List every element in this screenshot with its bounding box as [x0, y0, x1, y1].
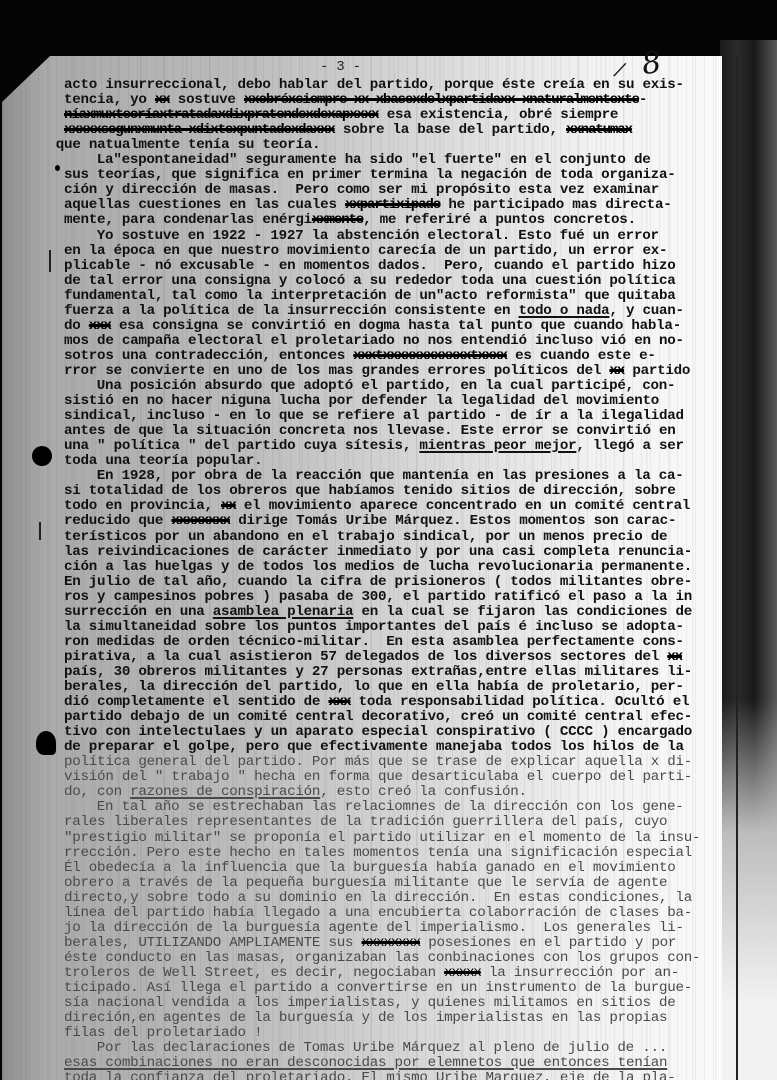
text-line: direción,en agentes de la burguesía y de…	[64, 1011, 667, 1026]
text-run: En julio de tal año, cuando la cifra de …	[64, 574, 692, 590]
struck-text: xxxtxxxxxxxxxxxxtxxxx	[353, 348, 507, 364]
text-run: ción y dirección de masas. Pero como ser…	[64, 182, 659, 198]
text-line: éste conducto en las masas, organizaban …	[64, 951, 700, 966]
text-run: mos de campaña electoral el proletariado…	[64, 333, 684, 349]
text-run: sistió en no hacer niguna lucha por defe…	[64, 393, 659, 409]
text-line: la simultaneidad sobre los puntos import…	[64, 620, 684, 635]
text-line: rales liberales representantes de la tra…	[64, 815, 667, 830]
text-line: fuerza a la política de la insurrección …	[64, 304, 684, 319]
text-line: "prestigio militar" se proponía el parti…	[64, 831, 700, 846]
text-line: antes de que la situación concreta nos l…	[64, 424, 676, 439]
struck-text: xxmente	[312, 212, 363, 228]
text-run: en la época en que nuestro movimiento ca…	[64, 243, 667, 259]
text-run: dió completamente el sentido de	[64, 694, 328, 710]
text-line: xxxxxsegunxmunta xdixtexpuntadexdaxxx so…	[64, 123, 632, 138]
text-line: acto insurreccional, debo hablar del par…	[64, 78, 684, 93]
text-line: tivo con intelectulaes y un aparato espe…	[64, 725, 692, 740]
text-run: , y cuan-	[609, 303, 683, 319]
struck-text: xxnatumax	[566, 122, 632, 138]
struck-text: xxxxxxxx	[362, 935, 421, 951]
struck-text: xxx	[89, 318, 111, 334]
text-run: ron medidas de orden técnico-militar. En…	[64, 634, 684, 650]
text-run: toda responsabilidad política. Ocultó el	[350, 694, 689, 710]
text-run: una " política " del partido cuya sítesi…	[64, 438, 419, 454]
text-line: las reivindicaciones de carácter inmedia…	[64, 545, 692, 560]
text-run: ticipado. Así llega el partido a convert…	[64, 980, 692, 996]
text-line: terísticos por un abandono en el trabajo…	[64, 530, 667, 545]
struck-text: xx	[155, 92, 170, 108]
text-run: jo la dirección de la burguesía agente d…	[64, 920, 684, 936]
ink-blot	[32, 446, 52, 466]
text-run: antes de que la situación concreta nos l…	[64, 423, 676, 439]
text-line: ción y dirección de masas. Pero como ser…	[64, 183, 659, 198]
text-run: sus teorías, que significa en primer ter…	[64, 167, 676, 183]
text-run: La"espontaneidad" seguramente ha sido "e…	[97, 152, 651, 168]
text-line: toda una teoría popular.	[64, 454, 262, 469]
struck-text: níaxmuxteoríaxtratadaxdixpratendexdexapx…	[64, 107, 379, 123]
text-run: ción a las huelgas y de todos los medios…	[64, 559, 692, 575]
text-line: de preparar el golpe, pero que efectivam…	[64, 740, 684, 755]
text-run: país, 30 obreros militantes y 27 persona…	[64, 664, 692, 680]
text-line: berales, la dirección del partido, lo qu…	[64, 680, 684, 695]
text-run: En tal año se estrechaban las relaciomne…	[97, 799, 684, 815]
text-line: que natualmente tenía su teoría.	[56, 138, 320, 153]
text-line: En julio de tal año, cuando la cifra de …	[64, 575, 692, 590]
text-run: pirativa, a la cual asistieron 57 delega…	[64, 649, 667, 665]
text-run: berales, la dirección del partido, lo qu…	[64, 679, 684, 695]
text-run: Una posición absurdo que adoptó el parti…	[97, 378, 675, 394]
underlined-text: mientras peor mejor	[419, 438, 576, 454]
text-line: sus teorías, que significa en primer ter…	[64, 168, 676, 183]
text-line: sistió en no hacer niguna lucha por defe…	[64, 394, 659, 409]
text-run: sindical, incluso - en lo que se refiere…	[64, 408, 684, 424]
text-run: ros y campesinos pobres ) pasaba de 300,…	[64, 589, 692, 605]
text-line: sía nacional vendida a los imperialistas…	[64, 996, 676, 1011]
text-line: ción a las huelgas y de todos los medios…	[64, 560, 692, 575]
text-line: si totalidad de los obreros que habíamos…	[64, 484, 676, 499]
text-line: do xxx esa consigna se convirtió en dogm…	[64, 319, 681, 334]
text-line: ron medidas de orden técnico-militar. En…	[64, 635, 684, 650]
struck-text: xxobréxsiempre xx xbasexdelxpartidaxx xn…	[244, 92, 639, 108]
text-line: troleros de Well Street, es decir, negoc…	[64, 966, 679, 981]
text-run: todo en provincia,	[64, 498, 221, 514]
text-run: directo,y sobre todo a su dominio en la …	[64, 890, 692, 906]
text-line: Una posición absurdo que adoptó el parti…	[97, 379, 675, 394]
text-run: , me referiré a puntos concretos.	[363, 212, 636, 228]
text-line: directo,y sobre todo a su dominio en la …	[64, 891, 692, 906]
text-line: todo en provincia, xx el movimiento apar…	[64, 499, 690, 514]
struck-text: xx	[609, 363, 624, 379]
ink-blot	[36, 731, 56, 755]
text-run: berales, UTILIZANDO AMPLIAMENTE sus	[64, 935, 362, 951]
text-run: la insurrección por an-	[481, 965, 679, 981]
text-line: jo la dirección de la burguesía agente d…	[64, 921, 684, 936]
text-run: posesiones en el partido y por	[420, 935, 676, 951]
text-run: la simultaneidad sobre los puntos import…	[64, 619, 684, 635]
text-run: de preparar el golpe, pero que efectivam…	[64, 739, 684, 755]
text-line: ros y campesinos pobres ) pasaba de 300,…	[64, 590, 692, 605]
text-line: reducido que xxxxxxxx dirige Tomás Uribe…	[64, 514, 676, 529]
text-run: plicable - nó excusable - en momentos da…	[64, 258, 676, 274]
text-run: fundamental, tal como la interpretación …	[64, 288, 676, 304]
text-run: do, con	[64, 784, 130, 800]
text-run: aquellas cuestiones en las cuales	[64, 197, 345, 213]
text-run: sotros una contradección, entonces	[64, 348, 353, 364]
text-line: de tal error una consigna y colocó a su …	[64, 274, 676, 289]
text-line: fundamental, tal como la interpretación …	[64, 289, 676, 304]
text-run: en la cual se fijaron las condiciones de	[353, 604, 692, 620]
underlined-text: esas combinaciones no eran desconocidas …	[64, 1055, 667, 1071]
text-run: acto insurreccional, debo hablar del par…	[64, 77, 684, 93]
text-run: -	[639, 92, 647, 108]
text-line: tencia, yo xx sostuve xxobréxsiempre xx …	[64, 93, 647, 108]
text-run: surrección en una	[64, 604, 213, 620]
underlined-text: razones de conspiración	[130, 784, 320, 800]
text-run: rrección. Pero este hecho en tales momen…	[64, 845, 692, 861]
text-run: sostuve	[170, 92, 244, 108]
text-run: direción,en agentes de la burguesía y de…	[64, 1010, 667, 1026]
text-run: rales liberales representantes de la tra…	[64, 814, 667, 830]
text-run: fuerza a la política de la insurrección …	[64, 303, 519, 319]
text-line: En 1928, por obra de la reacción que man…	[97, 469, 684, 484]
underlined-text: todo o nada	[519, 303, 610, 319]
text-run: el movimiento aparece concentrado en un …	[236, 498, 691, 514]
text-run: tivo con intelectulaes y un aparato espe…	[64, 724, 692, 740]
text-run: esa consigna se convirtió en dogma hasta…	[111, 318, 681, 334]
text-run: partido debajo de un comité central deco…	[64, 709, 692, 725]
text-run: es cuando este e-	[507, 348, 656, 364]
text-run: reducido que	[64, 513, 171, 529]
text-run: troleros de Well Street, es decir, negoc…	[64, 965, 444, 981]
text-line: dió completamente el sentido de xxx toda…	[64, 695, 689, 710]
text-run: visión del " trabajo " hecha en forma qu…	[64, 769, 692, 785]
text-line: aquellas cuestiones en las cuales xxpart…	[64, 198, 671, 213]
text-line: rror se convierte en uno de los mas gran…	[64, 364, 690, 379]
text-run: , esto creó la confusión.	[320, 784, 527, 800]
underlined-text: toda la confianza del proletariado	[64, 1070, 345, 1080]
text-line: en la época en que nuestro movimiento ca…	[64, 244, 667, 259]
struck-text: xxxxxxxx	[171, 513, 230, 529]
text-line: rrección. Pero este hecho en tales momen…	[64, 846, 692, 861]
text-line: mente, para condenarlas enérgixxmente, m…	[64, 213, 636, 228]
margin-mark	[49, 250, 51, 272]
typewritten-page: - 3 - acto insurreccional, debo hablar d…	[2, 56, 722, 1080]
struck-text: xxxxxsegunxmunta xdixtexpuntadexdaxxx	[64, 122, 335, 138]
text-run: "prestigio militar" se proponía el parti…	[64, 830, 700, 846]
text-line: país, 30 obreros militantes y 27 persona…	[64, 665, 692, 680]
text-line: pirativa, a la cual asistieron 57 delega…	[64, 650, 682, 665]
text-run: sobre la base del partido,	[335, 122, 566, 138]
text-run: do	[64, 318, 89, 334]
underlined-text: asamblea plenaria	[213, 604, 354, 620]
text-run: . El mismo Uribe Marquez, eje de la pla-	[345, 1070, 676, 1080]
text-run: línea del partido había llegado a una en…	[64, 905, 692, 921]
text-line: visión del " trabajo " hecha en forma qu…	[64, 770, 692, 785]
text-run: rror se convierte en uno de los mas gran…	[64, 363, 609, 379]
text-run: , llegó a ser	[576, 438, 683, 454]
struck-text: xx	[221, 498, 236, 514]
text-run: dirige Tomás Uribe Márquez. Estos moment…	[230, 513, 676, 529]
text-run: de tal error una consigna y colocó a su …	[64, 273, 676, 289]
text-line: Yo sostuve en 1922 - 1927 la abstención …	[97, 229, 659, 244]
text-line: sindical, incluso - en lo que se refiere…	[64, 409, 684, 424]
text-run: Por las declaraciones de Tomas Uribe Már…	[97, 1040, 667, 1056]
struck-text: xxpartixipado	[345, 197, 440, 213]
text-line: plicable - nó excusable - en momentos da…	[64, 259, 676, 274]
text-run: En 1928, por obra de la reacción que man…	[97, 468, 684, 484]
text-run: Yo sostuve en 1922 - 1927 la abstención …	[97, 228, 659, 244]
text-line: política general del partido. Por más qu…	[64, 755, 692, 770]
text-line: do, con razones de conspiración, esto cr…	[64, 785, 527, 800]
text-line: ticipado. Así llega el partido a convert…	[64, 981, 692, 996]
struck-text: xx	[667, 649, 682, 665]
margin-mark	[39, 522, 41, 540]
page-number: - 3 -	[320, 60, 361, 75]
text-line: una " política " del partido cuya sítesi…	[64, 439, 684, 454]
text-run: esa existencia, obré siempre	[379, 107, 619, 123]
text-line: mos de campaña electoral el proletariado…	[64, 334, 684, 349]
text-line: toda la confianza del proletariado. El m…	[64, 1071, 676, 1080]
struck-text: xxxxx	[444, 965, 481, 981]
text-run: que natualmente tenía su teoría.	[56, 137, 320, 153]
handwritten-page-annotation: 8	[640, 45, 664, 82]
text-line: En tal año se estrechaban las relaciomne…	[97, 800, 684, 815]
struck-text: xxx	[328, 694, 350, 710]
text-line: Él obedecía a la influencia que la burgu…	[64, 861, 676, 876]
text-run: mente, para condenarlas enérgi	[64, 212, 312, 228]
text-run: si totalidad de los obreros que habíamos…	[64, 483, 676, 499]
text-line: Por las declaraciones de Tomas Uribe Már…	[97, 1041, 667, 1056]
text-line: sotros una contradección, entonces xxxtx…	[64, 349, 656, 364]
text-line: esas combinaciones no eran desconocidas …	[64, 1056, 667, 1071]
text-run: las reivindicaciones de carácter inmedia…	[64, 544, 692, 560]
text-line: filas del proletariado !	[64, 1026, 262, 1041]
text-line: obrero a través de la pequeña burguesía …	[64, 876, 667, 891]
text-line: níaxmuxteoríaxtratadaxdixpratendexdexapx…	[64, 108, 618, 123]
text-run: Él obedecía a la influencia que la burgu…	[64, 860, 676, 876]
text-line: línea del partido había llegado a una en…	[64, 906, 692, 921]
scanner-edge-right-light	[720, 700, 777, 1080]
page-margin-rule	[736, 56, 738, 1080]
text-run: política general del partido. Por más qu…	[64, 754, 692, 770]
text-run: terísticos por un abandono en el trabajo…	[64, 529, 667, 545]
text-line: La"espontaneidad" seguramente ha sido "e…	[97, 153, 651, 168]
text-run: éste conducto en las masas, organizaban …	[64, 950, 700, 966]
text-line: partido debajo de un comité central deco…	[64, 710, 692, 725]
text-run: tencia, yo	[64, 92, 155, 108]
text-run: he participado mas directa-	[440, 197, 671, 213]
text-line: berales, UTILIZANDO AMPLIAMENTE sus xxxx…	[64, 936, 676, 951]
text-line: surrección en una asamblea plenaria en l…	[64, 605, 692, 620]
document-body: - 3 - acto insurreccional, debo hablar d…	[2, 56, 722, 131]
text-run: sía nacional vendida a los imperialistas…	[64, 995, 676, 1011]
text-run: filas del proletariado !	[64, 1025, 262, 1041]
text-run: toda una teoría popular.	[64, 453, 262, 469]
text-run: partido	[624, 363, 690, 379]
text-run: obrero a través de la pequeña burguesía …	[64, 875, 667, 891]
ink-dot	[55, 165, 60, 171]
